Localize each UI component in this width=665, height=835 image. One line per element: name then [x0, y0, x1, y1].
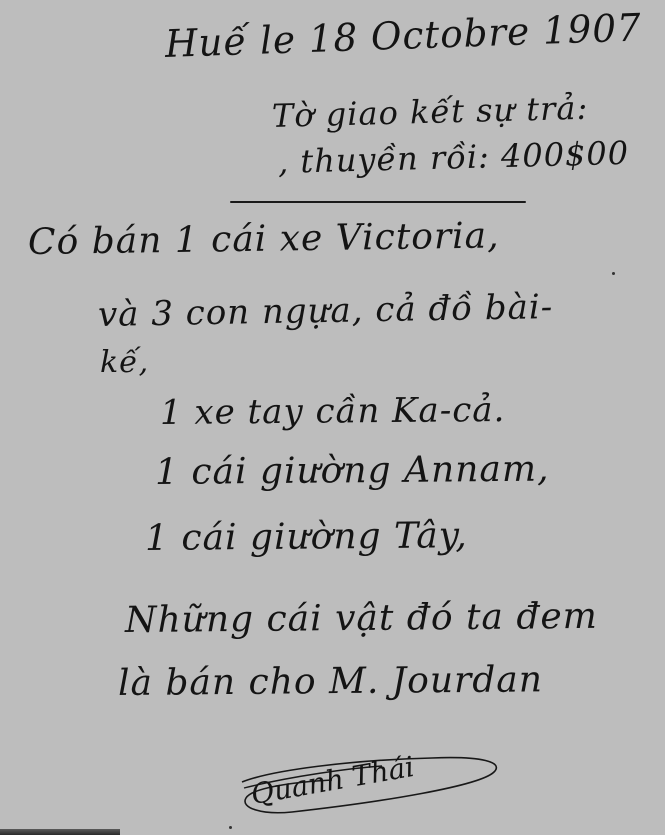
- page-bottom-edge: [0, 829, 120, 835]
- document-page: Huế le 18 Octobre 1907 Tờ giao kết sự tr…: [0, 0, 665, 835]
- body-line-3: kế,: [100, 345, 149, 380]
- header-underline: [230, 201, 526, 203]
- body-line-5: 1 cái giường Annam,: [155, 449, 550, 493]
- amount-line: , thuyền rồi: 400$00: [278, 134, 630, 181]
- body-line-8: là bán cho M. Jourdan: [118, 659, 543, 704]
- signature: Quanh Thái: [232, 742, 502, 814]
- body-line-6: 1 cái giường Tây,: [145, 515, 468, 559]
- ink-speck: [612, 272, 615, 275]
- document-title: Tờ giao kết sự trả:: [272, 89, 589, 135]
- ink-speck: [229, 826, 232, 829]
- body-line-4: 1 xe tay cần Ka-cả.: [160, 390, 506, 433]
- body-line-1: Có bán 1 cái xe Victoria,: [28, 215, 500, 263]
- body-line-2: và 3 con ngựa, cả đồ bài-: [98, 287, 554, 335]
- body-line-7: Những cái vật đó ta đem: [125, 596, 598, 641]
- place-date-line: Huế le 18 Octobre 1907: [164, 5, 642, 66]
